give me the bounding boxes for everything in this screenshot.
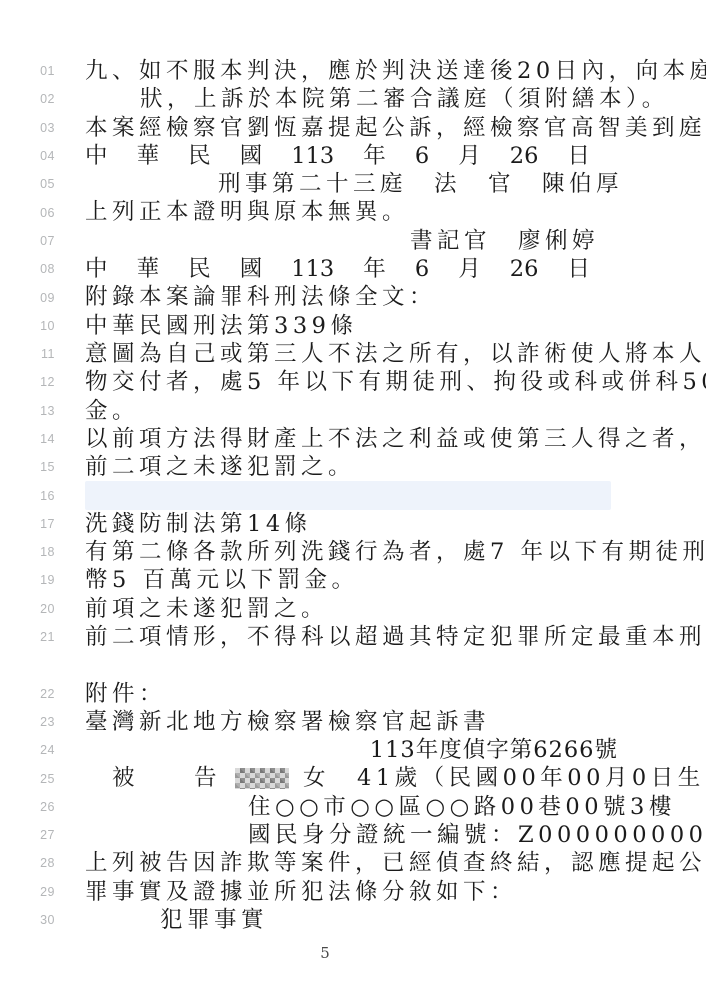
line-content: 洗錢防制法第14條 [85, 510, 706, 538]
line-content: 刑事第二十三庭 法 官 陳伯厚 [85, 170, 706, 198]
doc-line-28: 28上列被告因詐欺等案件，已經偵查終結，認應提起公訴，茲將犯 [0, 849, 706, 877]
doc-line-12: 12物交付者，處5 年以下有期徒刑、拘役或科或併科50萬元以下罰 [0, 368, 706, 396]
date-part: 26 [510, 255, 539, 283]
line-text: 前二項之未遂犯罰之。 [85, 453, 355, 481]
line-number: 15 [0, 460, 55, 474]
doc-line-14: 14以前項方法得財產上不法之利益或使第三人得之者，亦同。 [0, 425, 706, 453]
line-number: 24 [0, 743, 55, 757]
redacted-name [235, 768, 289, 789]
doc-line-19: 19幣5 百萬元以下罰金。 [0, 566, 706, 594]
line-text: 中華民國刑法第339條 [85, 312, 357, 340]
line-text: 附件： [85, 680, 166, 708]
document-lines: 01九、如不服本判決，應於判決送達後20日內，向本庭提出上訴02狀，上訴於本院第… [0, 57, 706, 934]
date-part: 月 [458, 255, 481, 283]
line-content: 國民身分證統一編號：Z000000000號 [85, 821, 706, 849]
line-content: 幣5 百萬元以下罰金。 [85, 566, 706, 594]
line-number: 28 [0, 856, 55, 870]
line-text: 幣5 百萬元以下罰金。 [85, 566, 358, 594]
line-number: 14 [0, 432, 55, 446]
date-part: 國 [240, 255, 263, 283]
line-number: 26 [0, 800, 55, 814]
line-text: 罪事實及證據並所犯法條分敘如下： [85, 878, 517, 906]
doc-line-04: 04中華民國113年6月26日 [0, 142, 706, 170]
line-text: 洗錢防制法第14條 [85, 510, 312, 538]
line-number: 04 [0, 149, 55, 163]
date-part: 日 [567, 142, 590, 170]
line-number: 03 [0, 121, 55, 135]
doc-line-18: 18有第二條各款所列洗錢行為者，處7 年以下有期徒刑，併科新臺 [0, 538, 706, 566]
doc-line-01: 01九、如不服本判決，應於判決送達後20日內，向本庭提出上訴 [0, 57, 706, 85]
line-content: 上列被告因詐欺等案件，已經偵查終結，認應提起公訴，茲將犯 [85, 849, 706, 877]
doc-line-27: 27國民身分證統一編號：Z000000000號 [0, 821, 706, 849]
justified-date-line: 中華民國113年6月26日 [85, 255, 590, 283]
doc-line-07: 07書記官 廖俐婷 [0, 227, 706, 255]
doc-line-26: 26住○○市○○區○○路00巷00號3樓 [0, 793, 706, 821]
defendant-details: 女 41歲（民國00年00月0日生） [303, 764, 706, 792]
line-number: 01 [0, 64, 55, 78]
line-content: 金。 [85, 397, 706, 425]
doc-line-30: 30犯罪事實 [0, 906, 706, 934]
line-content: 犯罪事實 [85, 906, 706, 934]
inline-gap [289, 778, 303, 779]
line-text: 附錄本案論罪科刑法條全文： [85, 283, 436, 311]
defendant-label-part: 被 [85, 764, 139, 792]
line-content: 附錄本案論罪科刑法條全文： [85, 283, 706, 311]
line-content: 被告女 41歲（民國00年00月0日生） [85, 764, 706, 792]
doc-line-09: 09附錄本案論罪科刑法條全文： [0, 283, 706, 311]
line-content: 前項之未遂犯罰之。 [85, 595, 706, 623]
line-text: 住○○市○○區○○路00巷00號3樓 [85, 793, 676, 821]
line-number: 19 [0, 573, 55, 587]
line-number: 29 [0, 885, 55, 899]
line-content: 本案經檢察官劉恆嘉提起公訴，經檢察官高智美到庭執行職務。 [85, 114, 706, 142]
line-number: 07 [0, 234, 55, 248]
date-part: 民 [188, 142, 211, 170]
line-content: 物交付者，處5 年以下有期徒刑、拘役或科或併科50萬元以下罰 [85, 368, 706, 396]
line-number: 13 [0, 404, 55, 418]
doc-line-10: 10中華民國刑法第339條 [0, 312, 706, 340]
line-content: 中華民國113年6月26日 [85, 142, 706, 170]
line-number: 22 [0, 687, 55, 701]
doc-line-16: 16 [0, 481, 706, 509]
doc-line-03: 03本案經檢察官劉恆嘉提起公訴，經檢察官高智美到庭執行職務。 [0, 114, 706, 142]
line-content [85, 481, 706, 509]
line-content: 中華民國刑法第339條 [85, 312, 706, 340]
date-part: 華 [137, 255, 160, 283]
doc-line-11: 11意圖為自己或第三人不法之所有，以詐術使人將本人或第三人之 [0, 340, 706, 368]
line-content: 狀，上訴於本院第二審合議庭（須附繕本）。 [85, 85, 706, 113]
line-text: 書記官 廖俐婷 [85, 227, 599, 255]
page-number-footer: 5 [0, 944, 650, 962]
line-text: 前二項情形，不得科以超過其特定犯罪所定最重本刑之刑。 [85, 623, 706, 651]
line-content: 前二項之未遂犯罰之。 [85, 453, 706, 481]
blank-row [0, 651, 706, 679]
doc-line-15: 15前二項之未遂犯罰之。 [0, 453, 706, 481]
line-content: 臺灣新北地方檢察署檢察官起訴書 [85, 708, 706, 736]
doc-line-25: 25被告女 41歲（民國00年00月0日生） [0, 764, 706, 792]
doc-line-08: 08中華民國113年6月26日 [0, 255, 706, 283]
doc-line-17: 17洗錢防制法第14條 [0, 510, 706, 538]
inline-gap [139, 778, 194, 779]
doc-line-23: 23臺灣新北地方檢察署檢察官起訴書 [0, 708, 706, 736]
doc-line-29: 29罪事實及證據並所犯法條分敘如下： [0, 878, 706, 906]
line-text: 金。 [85, 397, 139, 425]
highlighted-blank-line [85, 481, 611, 509]
line-content: 罪事實及證據並所犯法條分敘如下： [85, 878, 706, 906]
line-content: 中華民國113年6月26日 [85, 255, 706, 283]
line-content [85, 651, 706, 679]
date-part: 26 [510, 142, 539, 170]
date-part: 6 [415, 255, 429, 283]
line-text: 本案經檢察官劉恆嘉提起公訴，經檢察官高智美到庭執行職務。 [85, 114, 706, 142]
line-text: 意圖為自己或第三人不法之所有，以詐術使人將本人或第三人之 [85, 340, 706, 368]
line-number: 16 [0, 489, 55, 503]
line-content: 以前項方法得財產上不法之利益或使第三人得之者，亦同。 [85, 425, 706, 453]
line-text: 上列正本證明與原本無異。 [85, 198, 409, 226]
line-number: 11 [0, 347, 55, 361]
date-part: 華 [137, 142, 160, 170]
line-text: 上列被告因詐欺等案件，已經偵查終結，認應提起公訴，茲將犯 [85, 849, 706, 877]
line-number: 12 [0, 375, 55, 389]
doc-line-20: 20前項之未遂犯罰之。 [0, 595, 706, 623]
line-text: 刑事第二十三庭 法 官 陳伯厚 [85, 170, 623, 198]
line-number: 20 [0, 602, 55, 616]
date-part: 中 [85, 255, 108, 283]
date-part: 民 [188, 255, 211, 283]
line-content: 書記官 廖俐婷 [85, 227, 706, 255]
justified-date-line: 中華民國113年6月26日 [85, 142, 590, 170]
line-number: 09 [0, 291, 55, 305]
date-part: 6 [415, 142, 429, 170]
doc-line-22: 22附件： [0, 680, 706, 708]
line-number: 08 [0, 262, 55, 276]
line-content: 意圖為自己或第三人不法之所有，以詐術使人將本人或第三人之 [85, 340, 706, 368]
line-content: 113年度偵字第6266號 [85, 736, 706, 764]
defendant-label-part: 告 [194, 764, 221, 792]
line-number: 25 [0, 772, 55, 786]
line-content: 前二項情形，不得科以超過其特定犯罪所定最重本刑之刑。 [85, 623, 706, 651]
line-text: 九、如不服本判決，應於判決送達後20日內，向本庭提出上訴 [85, 57, 706, 85]
inline-gap [221, 778, 235, 779]
line-text: 國民身分證統一編號：Z000000000號 [85, 821, 706, 849]
doc-line-13: 13金。 [0, 397, 706, 425]
line-text: 物交付者，處5 年以下有期徒刑、拘役或科或併科50萬元以下罰 [85, 368, 706, 396]
line-text: 113年度偵字第6266號 [370, 736, 706, 764]
line-text: 前項之未遂犯罰之。 [85, 595, 328, 623]
line-text: 臺灣新北地方檢察署檢察官起訴書 [85, 708, 490, 736]
doc-line-21: 21前二項情形，不得科以超過其特定犯罪所定最重本刑之刑。 [0, 623, 706, 651]
doc-line-02: 02狀，上訴於本院第二審合議庭（須附繕本）。 [0, 85, 706, 113]
line-number: 17 [0, 517, 55, 531]
line-text: 有第二條各款所列洗錢行為者，處7 年以下有期徒刑，併科新臺 [85, 538, 706, 566]
date-part: 113 [291, 255, 334, 283]
line-number: 27 [0, 828, 55, 842]
document-page: 01九、如不服本判決，應於判決送達後20日內，向本庭提出上訴02狀，上訴於本院第… [0, 0, 706, 1000]
line-number: 18 [0, 545, 55, 559]
date-part: 中 [85, 142, 108, 170]
doc-line-24: 24113年度偵字第6266號 [0, 736, 706, 764]
line-number: 23 [0, 715, 55, 729]
line-number: 10 [0, 319, 55, 333]
date-part: 113 [291, 142, 334, 170]
line-text: 狀，上訴於本院第二審合議庭（須附繕本）。 [85, 85, 669, 113]
line-content: 住○○市○○區○○路00巷00號3樓 [85, 793, 706, 821]
line-content: 附件： [85, 680, 706, 708]
doc-line-05: 05刑事第二十三庭 法 官 陳伯厚 [0, 170, 706, 198]
line-content: 九、如不服本判決，應於判決送達後20日內，向本庭提出上訴 [85, 57, 706, 85]
line-number: 05 [0, 177, 55, 191]
date-part: 月 [458, 142, 481, 170]
line-content: 有第二條各款所列洗錢行為者，處7 年以下有期徒刑，併科新臺 [85, 538, 706, 566]
line-text: 犯罪事實 [85, 906, 268, 934]
line-number: 06 [0, 206, 55, 220]
doc-line-06: 06上列正本證明與原本無異。 [0, 198, 706, 226]
date-part: 年 [363, 255, 386, 283]
line-number: 30 [0, 913, 55, 927]
date-part: 年 [363, 142, 386, 170]
line-number: 02 [0, 92, 55, 106]
line-number: 21 [0, 630, 55, 644]
date-part: 國 [240, 142, 263, 170]
line-text: 以前項方法得財產上不法之利益或使第三人得之者，亦同。 [85, 425, 706, 453]
date-part: 日 [567, 255, 590, 283]
line-content: 上列正本證明與原本無異。 [85, 198, 706, 226]
